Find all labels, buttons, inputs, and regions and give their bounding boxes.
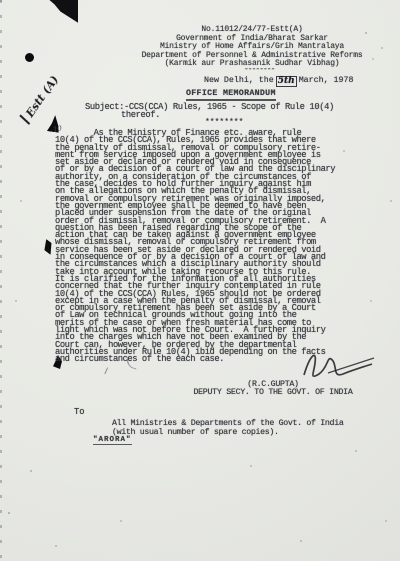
dateline: New Delhi, the5thMarch, 1978 bbox=[204, 75, 353, 86]
to-label: To bbox=[74, 407, 85, 417]
dateline-prefix: New Delhi, the bbox=[204, 76, 274, 85]
distribution-line-2: (with usual number of spare copies). bbox=[112, 429, 343, 438]
doc-type-heading: OFFICE MEMORANDUM bbox=[186, 89, 276, 101]
signature-handwriting bbox=[298, 347, 378, 385]
separator-dashes: -------- bbox=[244, 65, 274, 74]
margin-note-text: Estt (A) bbox=[23, 73, 61, 119]
scan-edge-artifact bbox=[0, 0, 2, 561]
corner-fold-artifact bbox=[36, 0, 78, 24]
punch-hole-dot bbox=[25, 53, 34, 62]
letterhead: No.11012/24/77-Estt(A) Government of Ind… bbox=[104, 26, 400, 69]
star-divider: ******** bbox=[85, 119, 385, 127]
distribution-block: All Ministries & Departments of the Govt… bbox=[112, 420, 343, 437]
dateline-suffix: March, 1978 bbox=[299, 76, 354, 85]
signoff-block: (R.C.GUPTA) DEPUTY SECY. TO THE GOVT. OF… bbox=[168, 381, 378, 398]
memo-body-text: As the Ministry of Finance etc. aware, r… bbox=[55, 130, 385, 364]
signatory-title: DEPUTY SECY. TO THE GOVT. OF INDIA bbox=[168, 389, 378, 397]
pencil-mark-artifact bbox=[99, 365, 108, 374]
scan-noise-specks bbox=[0, 0, 2, 2]
scanned-memo-page: Estt (A) 10 No.11012/24/77-Estt(A) Gover… bbox=[0, 0, 400, 561]
ink-mark-artifact bbox=[43, 239, 53, 256]
typist-stamp: "ARORA" bbox=[93, 436, 132, 445]
subject-block: Subject:-CCS(CCA) Rules, 1965 - Scope of… bbox=[85, 103, 385, 128]
handwritten-day: 5th bbox=[276, 76, 297, 87]
